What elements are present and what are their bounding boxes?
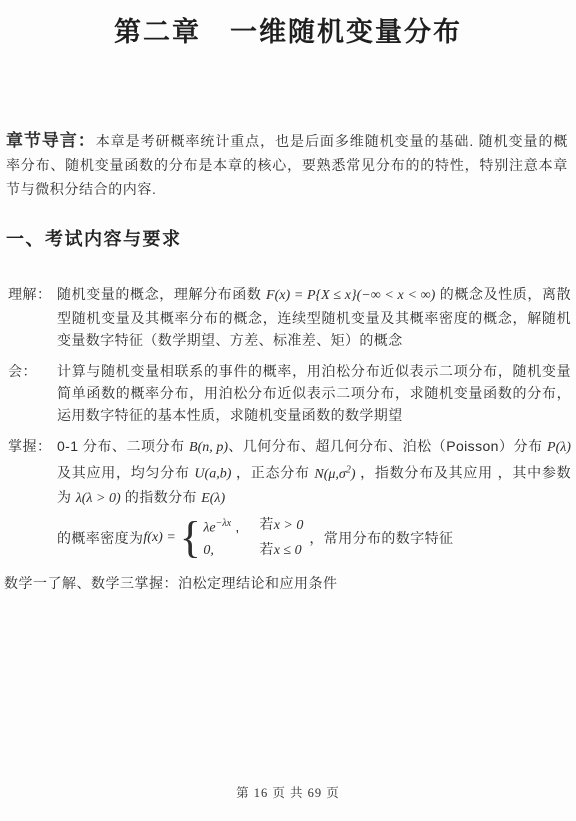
lambda-condition: λ(λ > 0) [76, 491, 121, 506]
row2-cond-math: x ≤ 0 [274, 543, 302, 558]
requirement-master: 掌握： 0-1 分布、二项分布 B(n, p)、几何分布、超几何分布、泊松（Po… [8, 435, 571, 562]
requirement-able-text: 计算与随机变量相联系的事件的概率，用泊松分布近似表示二项分布，随机变量简单函数的… [57, 360, 571, 426]
requirement-understand: 理解： 随机变量的概念，理解分布函数 F(x) = P{X ≤ x}(−∞ < … [8, 283, 571, 351]
intro-paragraph: 章节导言：本章是考研概率统计重点，也是后面多维随机变量的基础. 随机变量的概率分… [6, 129, 568, 201]
row1-cond-math: x > 0 [274, 518, 304, 533]
piecewise-row1-expr: λe−λx , [203, 514, 259, 539]
requirement-understand-text: 随机变量的概念，理解分布函数 F(x) = P{X ≤ x}(−∞ < x < … [57, 283, 571, 351]
document-page: 第二章 一维随机变量分布 章节导言：本章是考研概率统计重点，也是后面多维随机变量… [0, 0, 576, 821]
density-fx: f(x) = [143, 527, 175, 549]
row2-cond-cjk: 若 [259, 541, 273, 557]
exponential-notation: E(λ) [201, 491, 225, 506]
requirement-able: 会： 计算与随机变量相联系的事件的概率，用泊松分布近似表示二项分布，随机变量简单… [8, 360, 571, 426]
piecewise-rows: λe−λx , 若x > 0 0, 若x ≤ 0 [203, 514, 303, 562]
math-level-note: 数学一了解、数学三掌握：泊松定理结论和应用条件 [4, 572, 571, 594]
page-footer: 第 16 页 共 69 页 [0, 783, 576, 801]
piecewise-row1-cond: 若x > 0 [259, 514, 303, 539]
row1-comma: , [231, 518, 240, 534]
master-seg6: 的指数分布 [121, 489, 202, 505]
master-seg3: 及其应用，均匀分布 [57, 465, 194, 481]
uniform-notation: U(a,b) [194, 467, 231, 482]
piecewise-row2-cond: 若x ≤ 0 [259, 539, 303, 561]
requirement-able-label: 会： [8, 360, 57, 426]
understand-seg1: 随机变量的概念，理解分布函数 [57, 286, 266, 302]
intro-label: 章节导言： [6, 131, 96, 150]
piecewise-row2-expr: 0, [203, 539, 259, 561]
density-pre-text: 的概率密度为 [57, 527, 143, 549]
poisson-notation: P(λ) [547, 440, 571, 455]
piecewise-brace: { [180, 516, 202, 560]
cdf-formula: F(x) = P{X ≤ x}(−∞ < x < ∞) [266, 288, 435, 303]
chapter-title: 第二章 一维随机变量分布 [0, 0, 576, 49]
master-seg1: 0-1 分布、二项分布 [57, 438, 189, 454]
row1-cond-cjk: 若 [259, 516, 273, 532]
requirement-master-text: 0-1 分布、二项分布 B(n, p)、几何分布、超几何分布、泊松（Poisso… [57, 435, 571, 562]
master-seg2: 、几何分布、超几何分布、泊松（Poisson）分布 [228, 438, 547, 454]
row1-exponent: −λx [216, 518, 232, 529]
master-flow-text: 0-1 分布、二项分布 B(n, p)、几何分布、超几何分布、泊松（Poisso… [57, 435, 571, 510]
binomial-notation: B(n, p) [189, 440, 228, 455]
row1-base: λe [203, 520, 215, 535]
density-formula-line: 的概率密度为 f(x) = { λe−λx , 若x > 0 0, 若x ≤ 0… [57, 514, 571, 562]
requirement-master-label: 掌握： [8, 435, 57, 562]
master-seg4: ，正态分布 [231, 465, 314, 481]
row2-expr: 0, [203, 543, 214, 558]
density-post-text: ，常用分布的数字特征 [309, 527, 453, 549]
normal-notation: N(μ,σ2) [314, 467, 355, 482]
normal-base: N(μ,σ [314, 467, 345, 482]
section-heading: 一、考试内容与要求 [6, 225, 576, 251]
requirement-understand-label: 理解： [8, 283, 57, 351]
